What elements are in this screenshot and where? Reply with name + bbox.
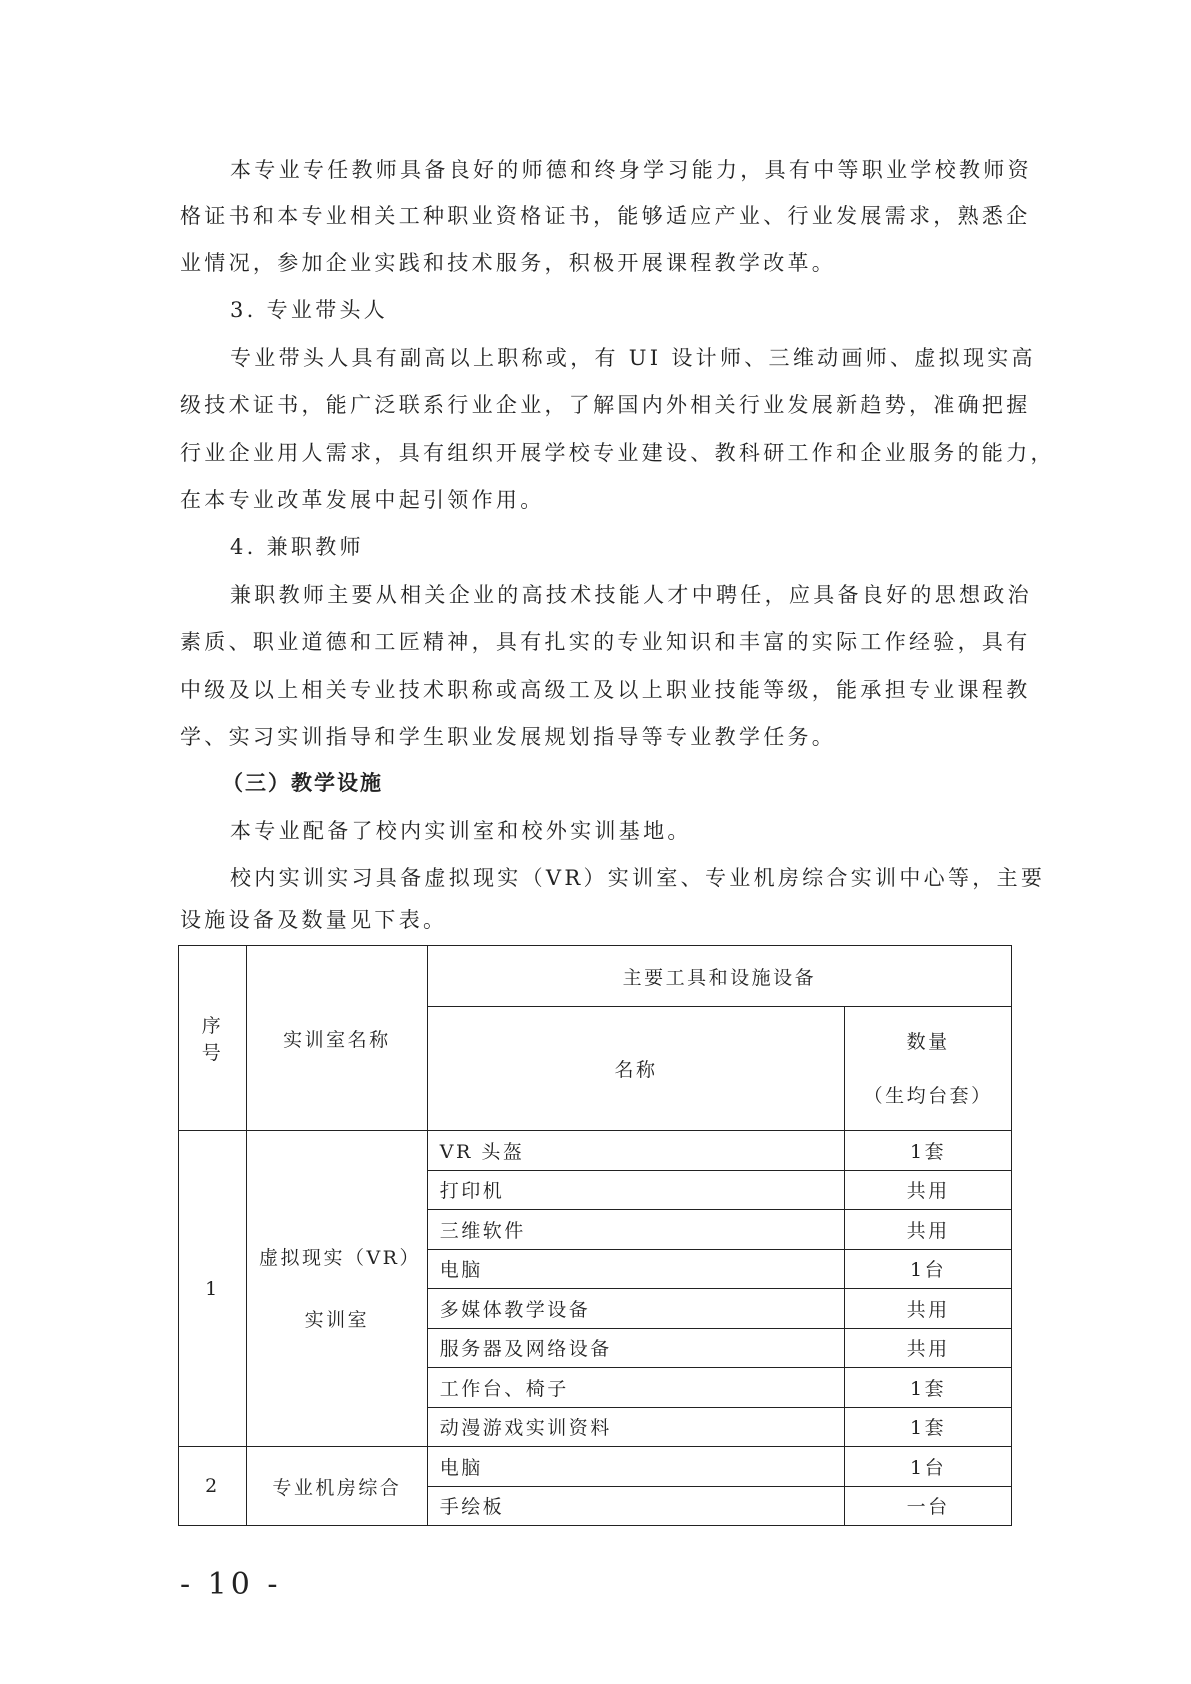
paragraph-line: 格证书和本专业相关工种职业资格证书，能够适应产业、行业发展需求，熟悉企 bbox=[180, 201, 1020, 231]
item-name: 工作台、椅子 bbox=[427, 1368, 844, 1408]
row-seq: 1 bbox=[179, 1131, 247, 1447]
paragraph-line: 在本专业改革发展中起引领作用。 bbox=[180, 485, 1020, 515]
header-equipment-group: 主要工具和设施设备 bbox=[427, 946, 1011, 1007]
item-qty: 1台 bbox=[845, 1249, 1012, 1289]
paragraph-line: 学、实习实训指导和学生职业发展规划指导等专业教学任务。 bbox=[180, 722, 1020, 752]
paragraph-line: 校内实训实习具备虚拟现实（VR）实训室、专业机房综合实训中心等，主要 bbox=[230, 863, 1070, 893]
item-name: 打印机 bbox=[427, 1170, 844, 1210]
paragraph-line: 级技术证书，能广泛联系行业企业，了解国内外相关行业发展新趋势，准确把握 bbox=[180, 390, 1020, 420]
item-qty: 1套 bbox=[845, 1131, 1012, 1171]
item-qty: 1台 bbox=[845, 1447, 1012, 1487]
item-name: 动漫游戏实训资料 bbox=[427, 1407, 844, 1447]
item-qty: 共用 bbox=[845, 1289, 1012, 1329]
header-seq: 序号 bbox=[179, 946, 247, 1131]
header-room-name: 实训室名称 bbox=[246, 946, 427, 1131]
document-page: 本专业专任教师具备良好的师德和终身学习能力，具有中等职业学校教师资 格证书和本专… bbox=[0, 0, 1191, 1684]
paragraph-line: 素质、职业道德和工匠精神，具有扎实的专业知识和丰富的实际工作经验，具有 bbox=[180, 627, 1020, 657]
paragraph-line: 本专业配备了校内实训室和校外实训基地。 bbox=[230, 816, 1070, 846]
header-quantity-line1: 数量 bbox=[857, 1015, 999, 1069]
item-qty: 一台 bbox=[845, 1486, 1012, 1526]
page-number: - 10 - bbox=[180, 1567, 282, 1602]
header-quantity: 数量 （生均台套） bbox=[845, 1007, 1012, 1131]
room-name-line2: 实训室 bbox=[259, 1289, 415, 1351]
paragraph-line: 行业企业用人需求，具有组织开展学校专业建设、教科研工作和企业服务的能力， bbox=[180, 438, 1020, 468]
item-name: 电脑 bbox=[427, 1249, 844, 1289]
table-row: 2 专业机房综合 电脑 1台 bbox=[179, 1447, 1012, 1487]
paragraph-line: 中级及以上相关专业技术职称或高级工及以上职业技能等级，能承担专业课程教 bbox=[180, 675, 1020, 705]
item-qty: 共用 bbox=[845, 1210, 1012, 1250]
row-seq: 2 bbox=[179, 1447, 247, 1526]
table-header-row: 序号 实训室名称 主要工具和设施设备 bbox=[179, 946, 1012, 1007]
item-name: 手绘板 bbox=[427, 1486, 844, 1526]
item-name: VR 头盔 bbox=[427, 1131, 844, 1171]
header-quantity-line2: （生均台套） bbox=[857, 1069, 999, 1123]
item-qty: 共用 bbox=[845, 1170, 1012, 1210]
item-qty: 1套 bbox=[845, 1407, 1012, 1447]
item-qty: 1套 bbox=[845, 1368, 1012, 1408]
paragraph-line: 设施设备及数量见下表。 bbox=[180, 905, 1020, 935]
section-heading: （三）教学设施 bbox=[222, 768, 1062, 798]
subheading-4: 4. 兼职教师 bbox=[230, 532, 1070, 562]
item-name: 服务器及网络设备 bbox=[427, 1328, 844, 1368]
facilities-table: 序号 实训室名称 主要工具和设施设备 名称 数量 （生均台套） 1 虚拟现实（V… bbox=[178, 945, 1012, 1526]
paragraph-line: 兼职教师主要从相关企业的高技术技能人才中聘任，应具备良好的思想政治 bbox=[230, 580, 1070, 610]
paragraph-line: 业情况，参加企业实践和技术服务，积极开展课程教学改革。 bbox=[180, 248, 1020, 278]
item-name: 多媒体教学设备 bbox=[427, 1289, 844, 1329]
header-item-name: 名称 bbox=[427, 1007, 844, 1131]
row-room-name: 专业机房综合 bbox=[246, 1447, 427, 1526]
subheading-3: 3. 专业带头人 bbox=[230, 295, 1070, 325]
paragraph-line: 本专业专任教师具备良好的师德和终身学习能力，具有中等职业学校教师资 bbox=[230, 155, 1070, 185]
row-room-name: 虚拟现实（VR） 实训室 bbox=[246, 1131, 427, 1447]
table-row: 1 虚拟现实（VR） 实训室 VR 头盔 1套 bbox=[179, 1131, 1012, 1171]
item-qty: 共用 bbox=[845, 1328, 1012, 1368]
paragraph-line: 专业带头人具有副高以上职称或，有 UI 设计师、三维动画师、虚拟现实高 bbox=[230, 343, 1070, 373]
item-name: 电脑 bbox=[427, 1447, 844, 1487]
room-name-line1: 虚拟现实（VR） bbox=[259, 1227, 415, 1289]
item-name: 三维软件 bbox=[427, 1210, 844, 1250]
